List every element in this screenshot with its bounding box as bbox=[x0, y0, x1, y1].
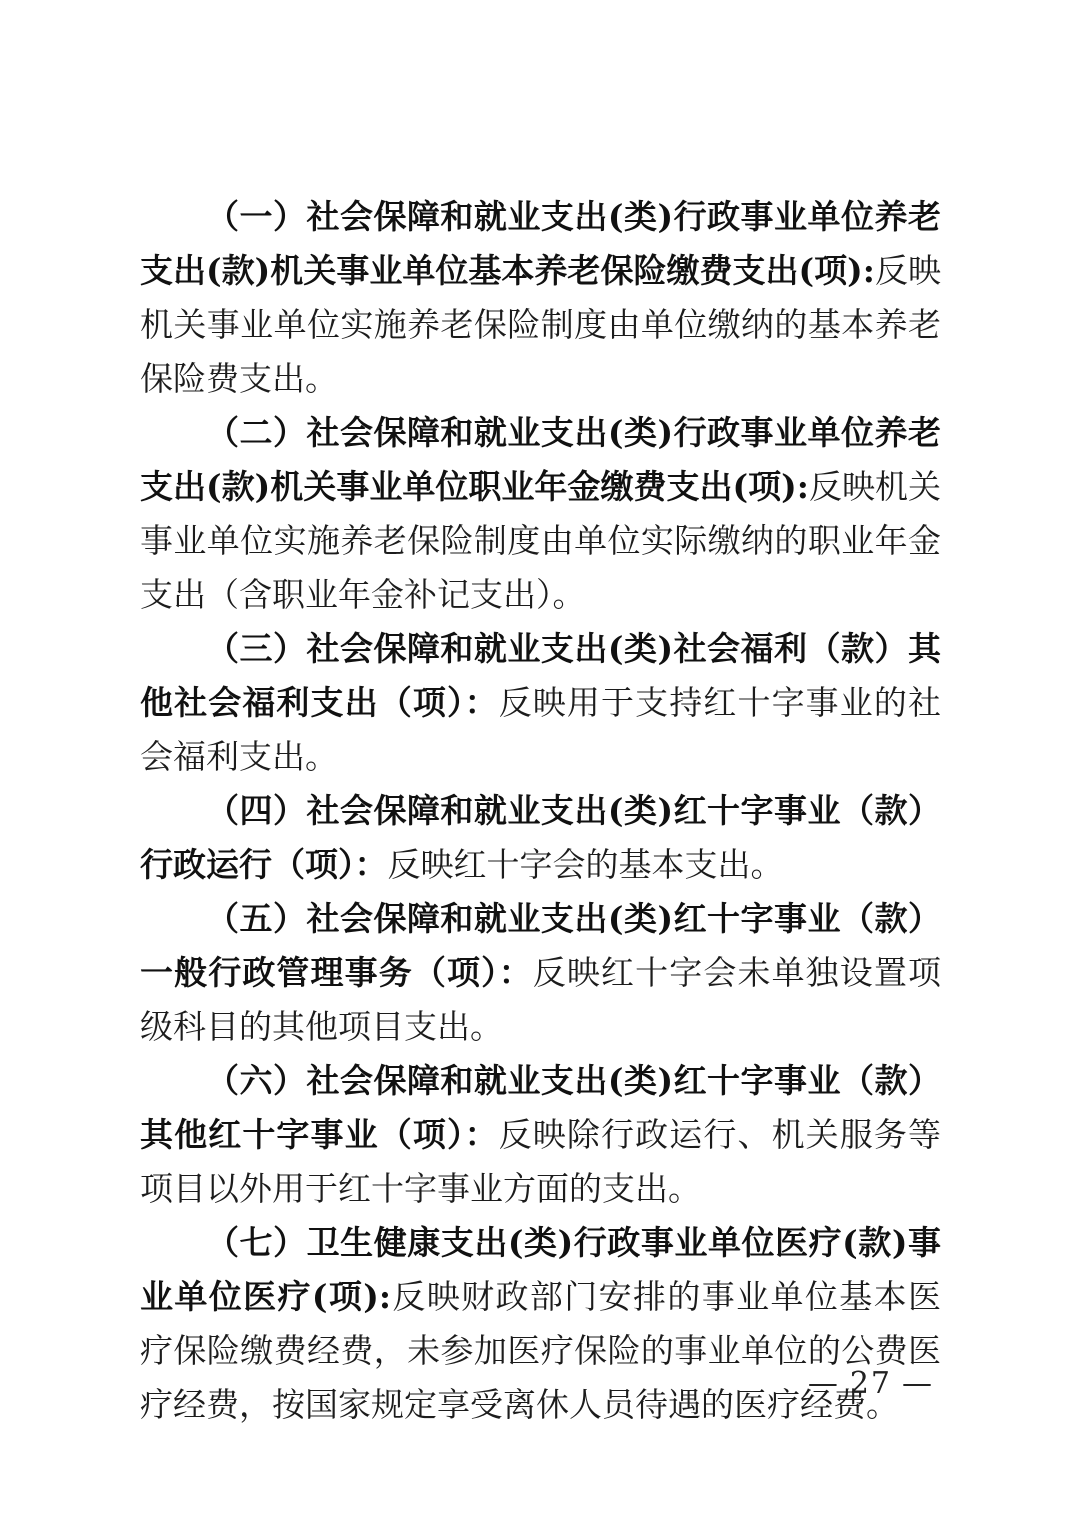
paragraph-4-body: 反映红十字会的基本支出。 bbox=[388, 845, 784, 884]
footer-right-dash: — bbox=[892, 1366, 944, 1401]
paragraph-3: （三）社会保障和就业支出(类)社会福利（款）其他社会福利支出（项）：反映用于支持… bbox=[140, 622, 941, 784]
paragraph-1-heading: （一）社会保障和就业支出(类)行政事业单位养老支出(款)机关事业单位基本养老保险… bbox=[140, 197, 941, 290]
paragraph-5: （五）社会保障和就业支出(类)红十字事业（款）一般行政管理事务（项）：反映红十字… bbox=[140, 892, 941, 1054]
paragraph-1: （一）社会保障和就业支出(类)行政事业单位养老支出(款)机关事业单位基本养老保险… bbox=[140, 190, 941, 406]
paragraph-6: （六）社会保障和就业支出(类)红十字事业（款）其他红十字事业（项）：反映除行政运… bbox=[140, 1054, 941, 1216]
paragraph-4: （四）社会保障和就业支出(类)红十字事业（款）行政运行（项）：反映红十字会的基本… bbox=[140, 784, 941, 892]
page-number: 27 bbox=[850, 1366, 892, 1401]
document-text-block: （一）社会保障和就业支出(类)行政事业单位养老支出(款)机关事业单位基本养老保险… bbox=[140, 190, 941, 1432]
page-footer: —27— bbox=[798, 1366, 944, 1402]
paragraph-2: （二）社会保障和就业支出(类)行政事业单位养老支出(款)机关事业单位职业年金缴费… bbox=[140, 406, 941, 622]
document-page: （一）社会保障和就业支出(类)行政事业单位养老支出(款)机关事业单位基本养老保险… bbox=[0, 0, 1074, 1520]
footer-left-dash: — bbox=[798, 1366, 850, 1401]
